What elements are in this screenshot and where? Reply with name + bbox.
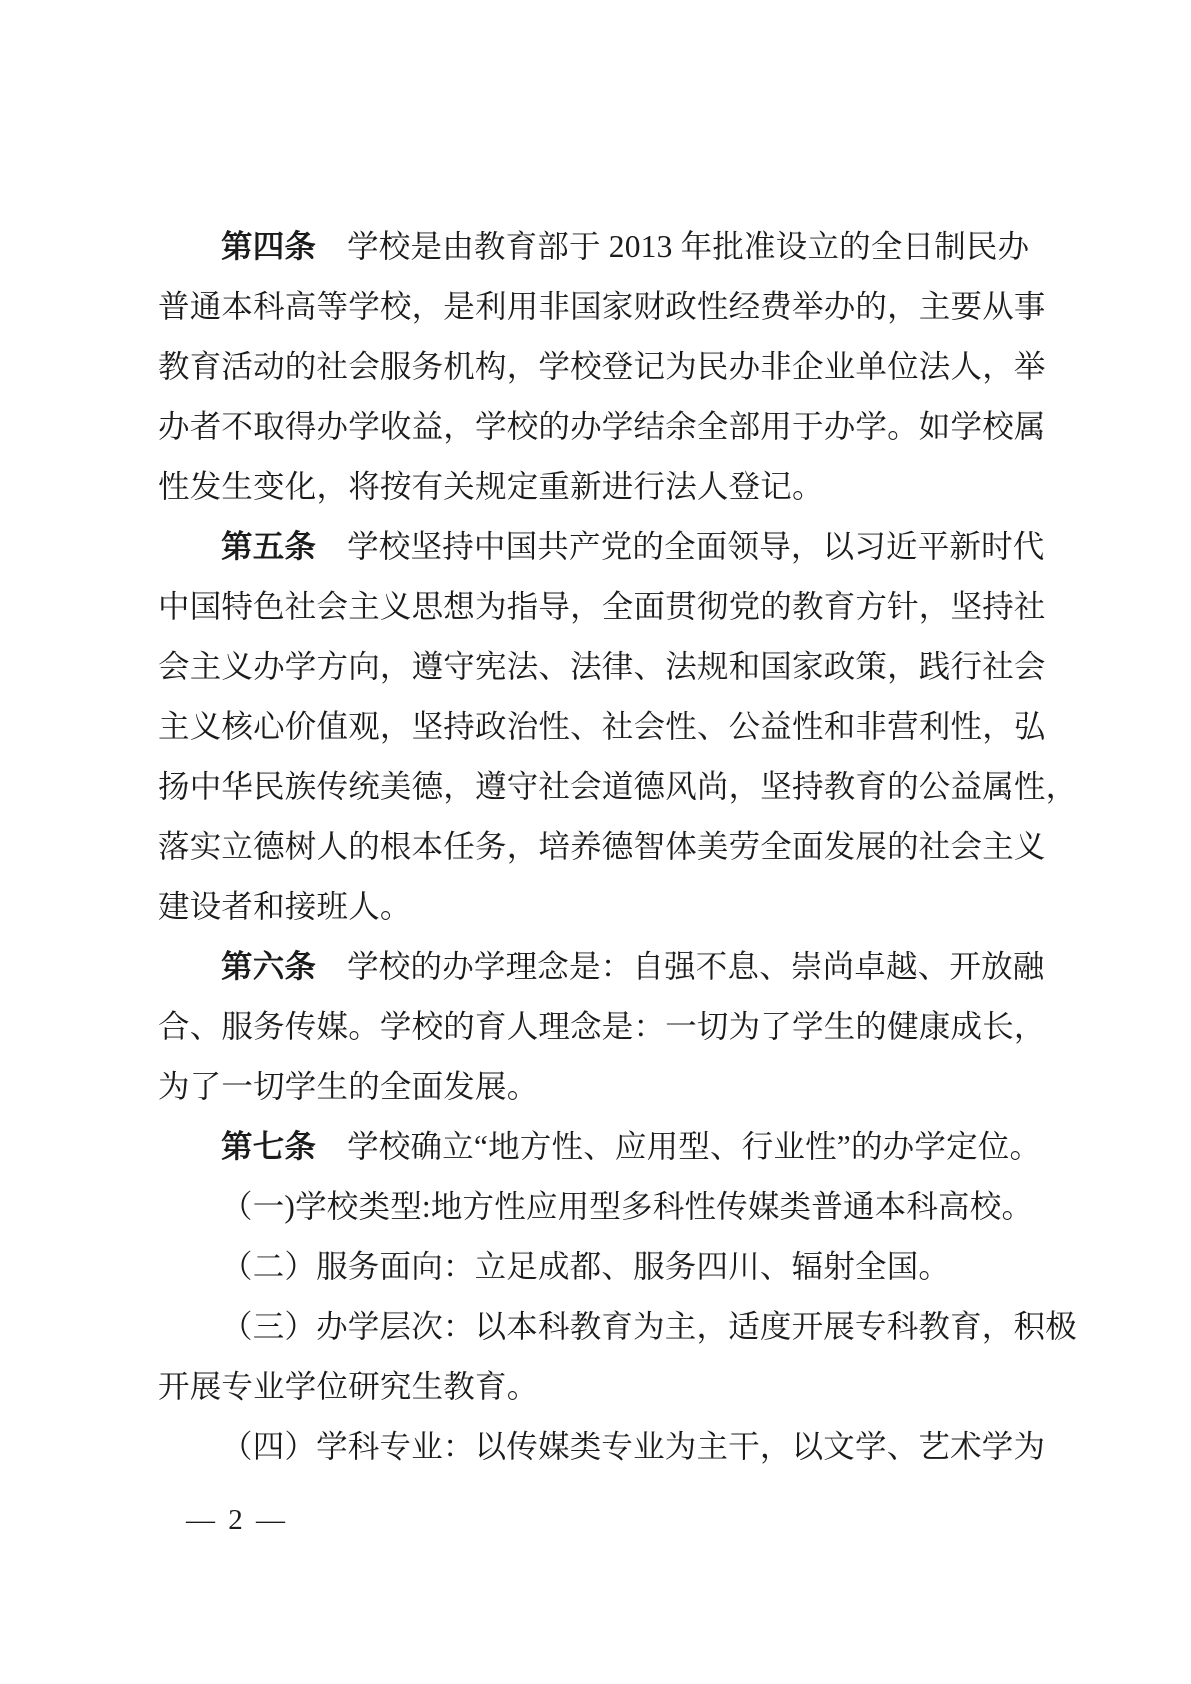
document-line: 会主义办学方向，遵守宪法、法律、法规和国家政策，践行社会 [158,637,1048,697]
document-line: 办者不取得办学收益，学校的办学结余全部用于办学。如学校属 [158,397,1048,457]
article-number: 第五条 [221,529,316,564]
line-text: 教育活动的社会服务机构，学校登记为民办非企业单位法人，举 [158,349,1046,384]
line-text: （三）办学层次：以本科教育为主，适度开展专科教育，积极 [221,1309,1077,1344]
line-text: 办者不取得办学收益，学校的办学结余全部用于办学。如学校属 [158,409,1046,444]
document-line: 扬中华民族传统美德，遵守社会道德风尚，坚持教育的公益属性， [158,757,1048,817]
document-line: 普通本科高等学校，是利用非国家财政性经费举办的，主要从事 [158,277,1048,337]
document-line: （三）办学层次：以本科教育为主，适度开展专科教育，积极 [158,1297,1048,1357]
line-text: 开展专业学位研究生教育。 [158,1369,538,1404]
line-text: （一)学校类型:地方性应用型多科性传媒类普通本科高校。 [221,1189,1033,1224]
document-line: 开展专业学位研究生教育。 [158,1357,1048,1417]
line-text: 学校的办学理念是：自强不息、崇尚卓越、开放融 [347,949,1044,984]
document-body: 第四条学校是由教育部于 2013 年批准设立的全日制民办 普通本科高等学校，是利… [158,217,1048,1477]
document-line: 性发生变化，将按有关规定重新进行法人登记。 [158,457,1048,517]
article-number: 第四条 [221,229,316,264]
article-number: 第六条 [221,949,316,984]
line-text: 普通本科高等学校，是利用非国家财政性经费举办的，主要从事 [158,289,1046,324]
document-line: 为了一切学生的全面发展。 [158,1057,1048,1117]
line-text: 中国特色社会主义思想为指导，全面贯彻党的教育方针，坚持社 [158,589,1046,624]
line-text: 学校坚持中国共产党的全面领导，以习近平新时代 [347,529,1044,564]
document-line: 第七条学校确立“地方性、应用型、行业性”的办学定位。 [158,1117,1048,1177]
document-line: 第六条学校的办学理念是：自强不息、崇尚卓越、开放融 [158,937,1048,997]
document-line: 中国特色社会主义思想为指导，全面贯彻党的教育方针，坚持社 [158,577,1048,637]
page-number: — 2 — [186,1498,288,1542]
line-text: （四）学科专业：以传媒类专业为主干，以文学、艺术学为 [221,1429,1045,1464]
line-text: 合、服务传媒。学校的育人理念是：一切为了学生的健康成长， [158,1009,1046,1044]
line-text: （二）服务面向：立足成都、服务四川、辐射全国。 [221,1249,950,1284]
document-line: 建设者和接班人。 [158,877,1048,937]
line-text: 落实立德树人的根本任务，培养德智体美劳全面发展的社会主义 [158,829,1046,864]
line-text: 主义核心价值观，坚持政治性、社会性、公益性和非营利性，弘 [158,709,1046,744]
line-text: 学校是由教育部于 2013 年批准设立的全日制民办 [347,229,1029,264]
line-text: 扬中华民族传统美德，遵守社会道德风尚，坚持教育的公益属性， [158,769,1077,804]
document-line: 落实立德树人的根本任务，培养德智体美劳全面发展的社会主义 [158,817,1048,877]
article-number: 第七条 [221,1129,316,1164]
document-line: （一)学校类型:地方性应用型多科性传媒类普通本科高校。 [158,1177,1048,1237]
document-line: （四）学科专业：以传媒类专业为主干，以文学、艺术学为 [158,1417,1048,1477]
line-text: 学校确立“地方性、应用型、行业性”的办学定位。 [347,1129,1041,1164]
document-line: 主义核心价值观，坚持政治性、社会性、公益性和非营利性，弘 [158,697,1048,757]
line-text: 性发生变化，将按有关规定重新进行法人登记。 [158,469,824,504]
document-page: 第四条学校是由教育部于 2013 年批准设立的全日制民办 普通本科高等学校，是利… [0,0,1191,1684]
line-text: 为了一切学生的全面发展。 [158,1069,538,1104]
document-line: 教育活动的社会服务机构，学校登记为民办非企业单位法人，举 [158,337,1048,397]
line-text: 建设者和接班人。 [158,889,412,924]
line-text: 会主义办学方向，遵守宪法、法律、法规和国家政策，践行社会 [158,649,1046,684]
document-line: 第四条学校是由教育部于 2013 年批准设立的全日制民办 [158,217,1048,277]
document-line: 第五条学校坚持中国共产党的全面领导，以习近平新时代 [158,517,1048,577]
document-line: （二）服务面向：立足成都、服务四川、辐射全国。 [158,1237,1048,1297]
document-line: 合、服务传媒。学校的育人理念是：一切为了学生的健康成长， [158,997,1048,1057]
